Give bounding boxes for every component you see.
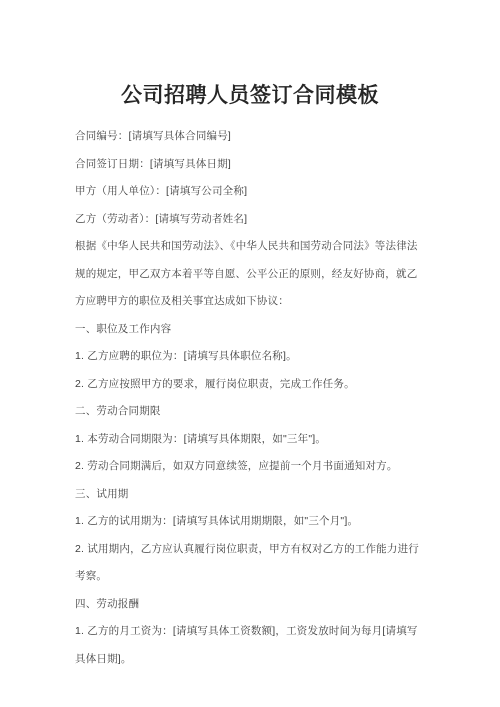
section-heading-2: 二、劳动合同期限 [75,398,427,426]
paragraph-party-a: 甲方（用人单位）：[请填写公司全称] [75,178,427,206]
section-heading-1: 一、职位及工作内容 [75,316,427,344]
paragraph-signing-date: 合同签订日期：[请填写具体日期] [75,151,427,179]
document-title: 公司招聘人员签订合同模板 [75,84,425,108]
paragraph-3-1: 1. 乙方的试用期为：[请填写具体试用期期限，如"三个月"]。 [75,508,427,536]
document-page: 公司招聘人员签订合同模板 合同编号：[请填写具体合同编号] 合同签订日期：[请填… [0,0,500,707]
paragraph-contract-number: 合同编号：[请填写具体合同编号] [75,123,427,151]
paragraph-2-2: 2. 劳动合同期满后，如双方同意续签，应提前一个月书面通知对方。 [75,453,427,481]
paragraph-1-1: 1. 乙方应聘的职位为：[请填写具体职位名称]。 [75,343,427,371]
paragraph-4-1: 1. 乙方的月工资为：[请填写具体工资数额]，工资发放时间为每月[请填写具体日期… [75,618,427,673]
paragraph-party-b: 乙方（劳动者）：[请填写劳动者姓名] [75,206,427,234]
section-heading-3: 三、试用期 [75,481,427,509]
document-body: 合同编号：[请填写具体合同编号] 合同签订日期：[请填写具体日期] 甲方（用人单… [75,123,427,673]
paragraph-preamble: 根据《中华人民共和国劳动法》、《中华人民共和国劳动合同法》等法律法规的规定，甲乙… [75,233,427,316]
paragraph-1-2: 2. 乙方应按照甲方的要求，履行岗位职责，完成工作任务。 [75,371,427,399]
section-heading-4: 四、劳动报酬 [75,591,427,619]
paragraph-3-2: 2. 试用期内，乙方应认真履行岗位职责，甲方有权对乙方的工作能力进行考察。 [75,536,427,591]
paragraph-2-1: 1. 本劳动合同期限为：[请填写具体期限，如"三年"]。 [75,426,427,454]
